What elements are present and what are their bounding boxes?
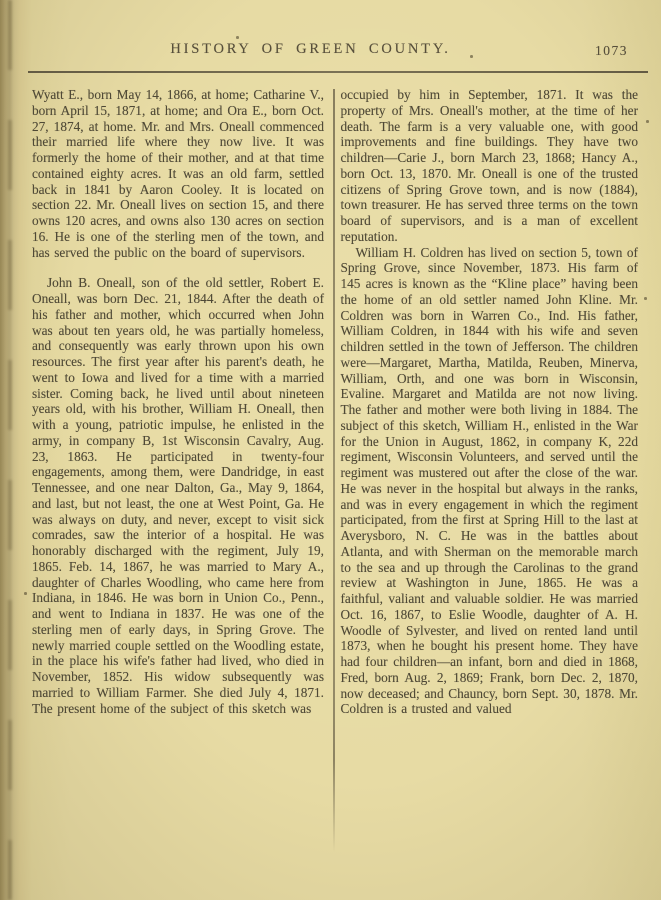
scanned-book-page: HISTORY OF GREEN COUNTY. 1073 Wyatt E., … [0,0,661,900]
page-number: 1073 [595,43,628,59]
page-header-title: HISTORY OF GREEN COUNTY. [0,41,621,58]
scan-artifact-dot [646,120,649,123]
scan-artifact-dot [470,55,473,58]
right-column: occupied by him in September, 1871. It w… [341,87,639,892]
scan-artifact-dot [644,297,647,300]
binding-shadow [8,0,12,900]
paragraph-john-b-oneall: John B. Oneall, son of the old settler, … [32,275,324,716]
paragraph-continuation: occupied by him in September, 1871. It w… [341,87,639,245]
left-column: Wyatt E., born May 14, 1866, at home; Ca… [32,87,324,892]
two-column-text-block: Wyatt E., born May 14, 1866, at home; Ca… [32,87,638,892]
scan-artifact-dot [236,36,239,39]
column-divider-rule [333,89,335,852]
paragraph-william-h-coldren: William H. Coldren has lived on section … [341,245,639,718]
header-rule [28,71,648,73]
scan-artifact-dot [24,592,27,595]
paragraph-continuation: Wyatt E., born May 14, 1866, at home; Ca… [32,87,324,260]
